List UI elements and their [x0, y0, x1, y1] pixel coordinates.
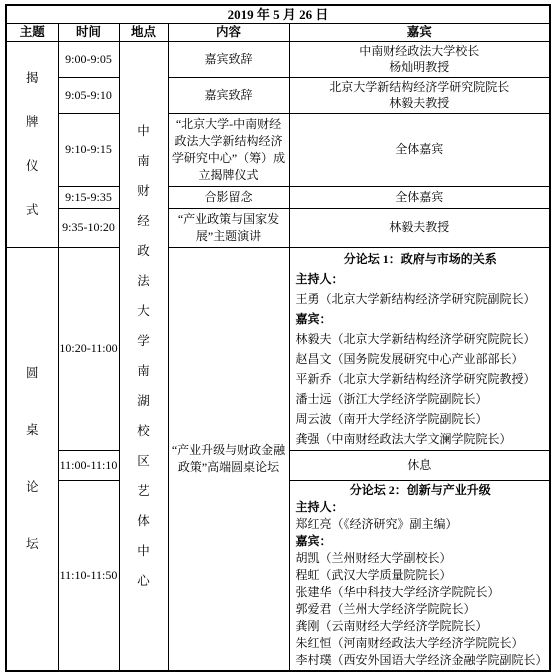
content-cell: 合影留念 — [168, 186, 289, 208]
event-date: 2019 年 5 月 26 日 — [6, 5, 550, 23]
forum2-title: 分论坛 2：创新与产业升级 — [296, 482, 546, 499]
guest-line: 中南财经政法大学校长 — [290, 43, 550, 59]
table-row: 9:10-9:15 “北京大学-中南财经政法大学新结构经济学研究中心”（筹）成立… — [6, 113, 550, 186]
column-header-theme: 主题 — [6, 23, 58, 41]
forum2-guests-label: 嘉宾： — [296, 533, 546, 550]
date-row: 2019 年 5 月 26 日 — [6, 5, 550, 23]
time-cell: 9:05-9:10 — [58, 77, 119, 113]
forum1-guest-cell: 分论坛 1：政府与市场的关系 主持人： 王勇（北京大学新结构经济学研究院副院长）… — [289, 247, 550, 450]
column-header-time: 时间 — [58, 23, 119, 41]
forum2-guest: 郭爱君（兰州大学经济学院院长） — [296, 601, 546, 618]
guest-line: 杨灿明教授 — [290, 59, 550, 75]
forum1-block: 分论坛 1：政府与市场的关系 主持人： 王勇（北京大学新结构经济学研究院副院长）… — [290, 248, 550, 450]
forum2-moderator-label: 主持人： — [296, 499, 546, 516]
forum2-moderator: 郑红亮（《经济研究》副主编） — [296, 516, 546, 533]
time-cell: 11:00-11:10 — [58, 450, 119, 480]
content-cell: “产业政策与国家发展”主题演讲 — [168, 208, 289, 247]
time-cell: 9:15-9:35 — [58, 186, 119, 208]
forum1-title: 分论坛 1：政府与市场的关系 — [296, 249, 546, 269]
forum2-guest: 程虹（武汉大学质量院院长） — [296, 567, 546, 584]
table-row: 9:05-9:10 嘉宾致辞 北京大学新结构经济学研究院院长 林毅夫教授 — [6, 77, 550, 113]
table-row: 9:15-9:35 合影留念 全体嘉宾 — [6, 186, 550, 208]
forum2-guest: 龚刚（云南财经大学经济学院院长） — [296, 618, 546, 635]
location-cell: 中南财经政法大学南湖校区艺体中心 — [119, 41, 168, 671]
theme-roundtable-vertical-text: 圆桌论坛 — [7, 248, 58, 670]
time-cell: 9:35-10:20 — [58, 208, 119, 247]
guest-cell: 全体嘉宾 — [289, 186, 550, 208]
rest-cell: 休息 — [289, 450, 550, 480]
forum1-guest: 赵昌文（国务院发展研究中心产业部部长） — [296, 349, 546, 369]
time-cell: 9:00-9:05 — [58, 41, 119, 77]
theme-cell-roundtable-forum: 圆桌论坛 — [6, 247, 58, 671]
roundtable-content-cell: “产业升级与财政金融政策”高端圆桌论坛 — [168, 247, 289, 671]
forum1-guest: 平新乔（北京大学新结构经济学研究院教授） — [296, 369, 546, 389]
forum1-guests-label: 嘉宾： — [296, 309, 546, 329]
guest-cell: 全体嘉宾 — [289, 113, 550, 186]
content-cell: 嘉宾致辞 — [168, 41, 289, 77]
theme-opening-vertical-text: 揭牌仪式 — [7, 42, 58, 247]
content-cell: “北京大学-中南财经政法大学新结构经济学研究中心”（筹）成立揭牌仪式 — [168, 113, 289, 186]
time-cell: 10:20-11:00 — [58, 247, 119, 450]
column-header-guests: 嘉宾 — [289, 23, 550, 41]
location-vertical-text: 中南财经政法大学南湖校区艺体中心 — [120, 42, 168, 670]
column-header-content: 内容 — [168, 23, 289, 41]
table-row: 揭牌仪式 9:00-9:05 中南财经政法大学南湖校区艺体中心 嘉宾致辞 中南财… — [6, 41, 550, 77]
guest-cell: 中南财经政法大学校长 杨灿明教授 — [289, 41, 550, 77]
guest-line: 北京大学新结构经济学研究院院长 — [290, 79, 550, 95]
forum1-moderator: 王勇（北京大学新结构经济学研究院副院长） — [296, 289, 546, 309]
forum2-guest: 李村璞（西安外国语大学经济金融学院副院长） — [296, 652, 546, 669]
time-cell: 11:10-11:50 — [58, 480, 119, 671]
forum2-guest: 张建华（华中科技大学经济学院院长） — [296, 584, 546, 601]
guest-line: 林毅夫教授 — [290, 95, 550, 111]
schedule-table: 2019 年 5 月 26 日 主题 时间 地点 内容 嘉宾 揭牌仪式 9:00… — [5, 4, 551, 672]
forum2-guest: 朱红恒（河南财经政法大学经济学院院长） — [296, 635, 546, 652]
forum2-guest-cell: 分论坛 2：创新与产业升级 主持人： 郑红亮（《经济研究》副主编） 嘉宾： 胡凯… — [289, 480, 550, 671]
time-cell: 9:10-9:15 — [58, 113, 119, 186]
forum1-guest: 林毅夫（北京大学新结构经济学研究院院长） — [296, 329, 546, 349]
forum1-guest: 潘士远（浙江大学经济学院副院长） — [296, 389, 546, 409]
theme-cell-opening-ceremony: 揭牌仪式 — [6, 41, 58, 247]
forum2-guest: 胡凯（兰州财经大学副校长） — [296, 550, 546, 567]
table-row: 9:35-10:20 “产业政策与国家发展”主题演讲 林毅夫教授 — [6, 208, 550, 247]
forum1-moderator-label: 主持人： — [296, 269, 546, 289]
header-row: 主题 时间 地点 内容 嘉宾 — [6, 23, 550, 41]
forum1-guest: 周云波（南开大学经济学院副院长） — [296, 409, 546, 429]
guest-cell: 林毅夫教授 — [289, 208, 550, 247]
forum1-guest: 龚强（中南财经政法大学文澜学院院长） — [296, 429, 546, 449]
column-header-location: 地点 — [119, 23, 168, 41]
table-row: 圆桌论坛 10:20-11:00 “产业升级与财政金融政策”高端圆桌论坛 分论坛… — [6, 247, 550, 450]
content-cell: 嘉宾致辞 — [168, 77, 289, 113]
guest-cell: 北京大学新结构经济学研究院院长 林毅夫教授 — [289, 77, 550, 113]
forum2-block: 分论坛 2：创新与产业升级 主持人： 郑红亮（《经济研究》副主编） 嘉宾： 胡凯… — [290, 481, 550, 670]
